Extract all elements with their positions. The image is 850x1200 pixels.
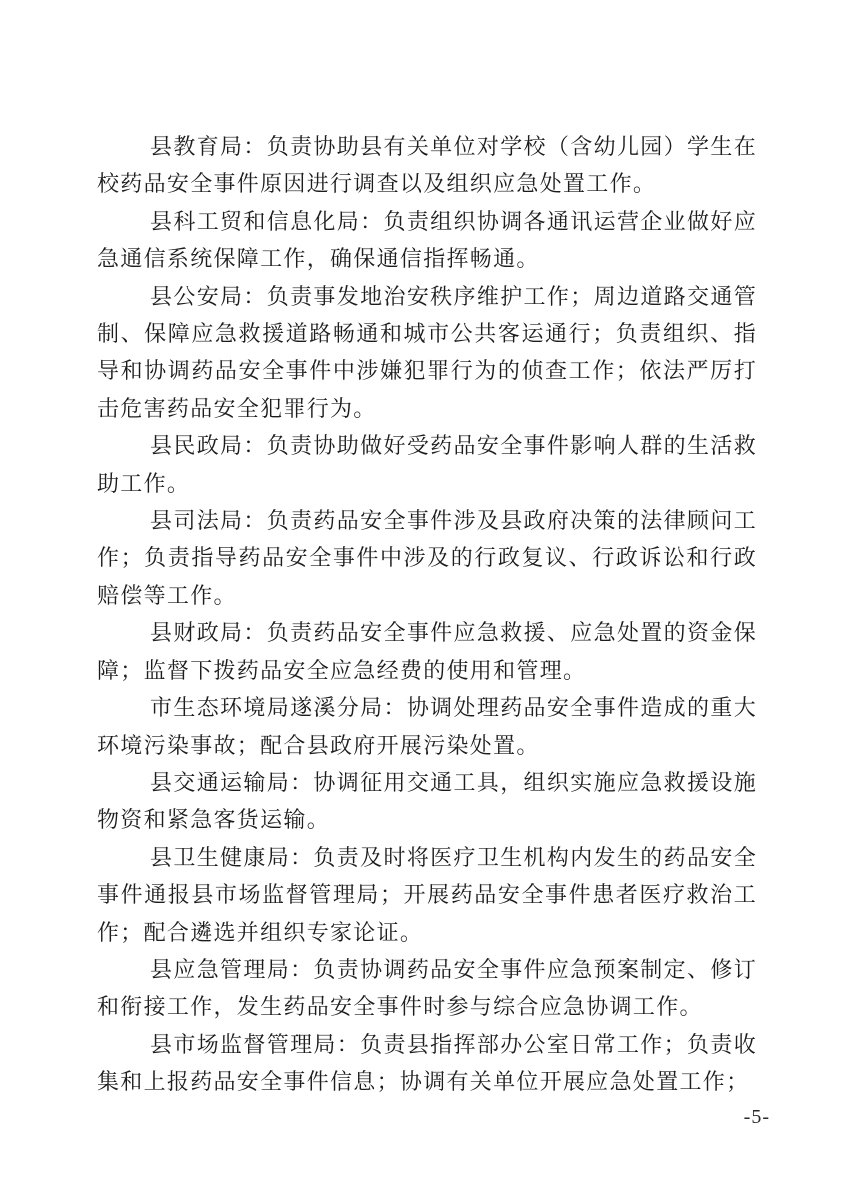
paragraph-transport-bureau: 县交通运输局：协调征用交通工具，组织实施应急救援设施物资和紧急客货运输。 — [97, 764, 757, 839]
page-number: -5- — [744, 1104, 770, 1130]
paragraph-ecology-environment-branch: 市生态环境局遂溪分局：协调处理药品安全事件造成的重大环境污染事故；配合县政府开展… — [97, 689, 757, 764]
document-page: 县教育局：负责协助县有关单位对学校（含幼儿园）学生在校药品安全事件原因进行调查以… — [0, 0, 850, 1200]
paragraph-science-industry-trade-it-bureau: 县科工贸和信息化局：负责组织协调各通讯运营企业做好应急通信系统保障工作，确保通信… — [97, 203, 757, 278]
paragraph-market-supervision-bureau: 县市场监督管理局：负责县指挥部办公室日常工作；负责收集和上报药品安全事件信息；协… — [97, 1026, 757, 1101]
paragraph-health-commission: 县卫生健康局：负责及时将医疗卫生机构内发生的药品安全事件通报县市场监督管理局；开… — [97, 839, 757, 951]
paragraph-education-bureau: 县教育局：负责协助县有关单位对学校（含幼儿园）学生在校药品安全事件原因进行调查以… — [97, 128, 757, 203]
paragraph-public-security-bureau: 县公安局：负责事发地治安秩序维护工作；周边道路交通管制、保障应急救援道路畅通和城… — [97, 278, 757, 428]
paragraph-emergency-management-bureau: 县应急管理局：负责协调药品安全事件应急预案制定、修订和衔接工作，发生药品安全事件… — [97, 951, 757, 1026]
paragraph-finance-bureau: 县财政局：负责药品安全事件应急救援、应急处置的资金保障；监督下拨药品安全应急经费… — [97, 614, 757, 689]
document-body: 县教育局：负责协助县有关单位对学校（含幼儿园）学生在校药品安全事件原因进行调查以… — [97, 128, 757, 1101]
paragraph-justice-bureau: 县司法局：负责药品安全事件涉及县政府决策的法律顾问工作；负责指导药品安全事件中涉… — [97, 502, 757, 614]
paragraph-civil-affairs-bureau: 县民政局：负责协助做好受药品安全事件影响人群的生活救助工作。 — [97, 427, 757, 502]
